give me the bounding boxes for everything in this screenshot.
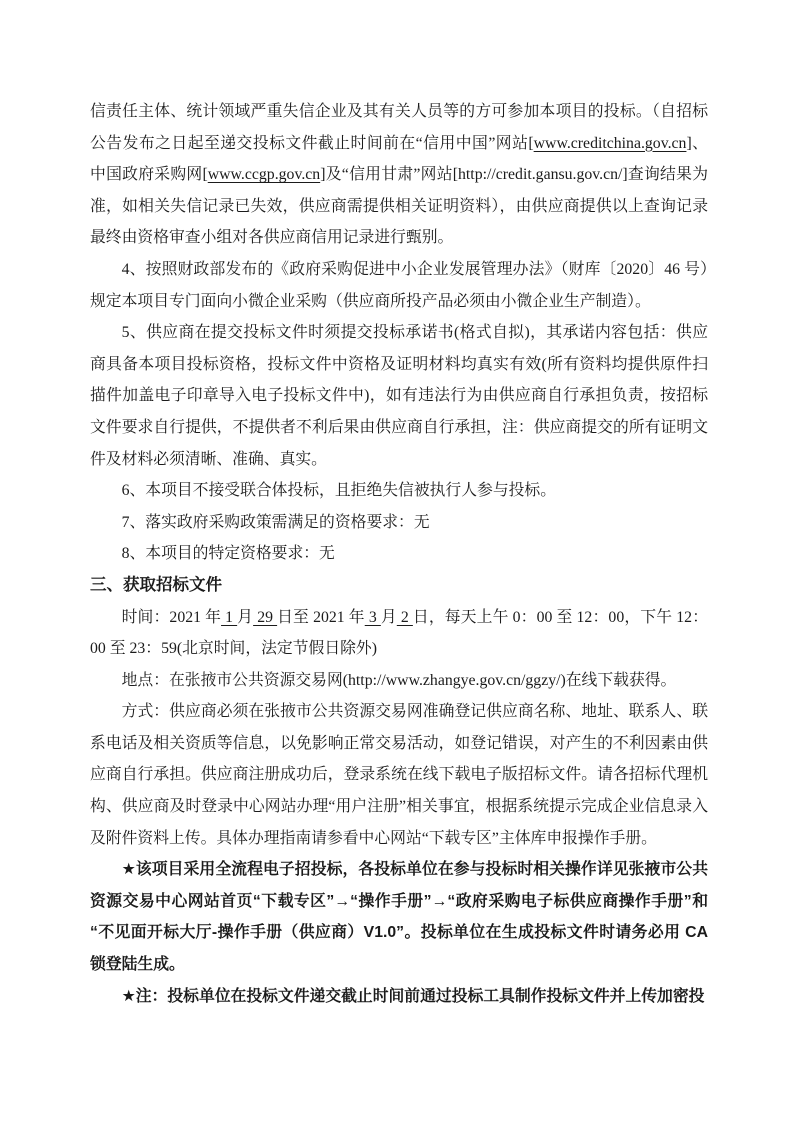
- url-creditchina: www.creditchina.gov.cn: [534, 135, 687, 152]
- para-star-note: ★注：投标单位在投标文件递交截止时间前通过投标工具制作投标文件并上传加密投: [90, 981, 708, 1013]
- section-heading-3-text-0: 三、获取招标文件: [90, 576, 222, 594]
- url-credit-gansu: http://credit.gansu.gov.cn/: [458, 166, 622, 183]
- para-credit-check-continuation-text-4: ]及“信用甘肃”网站[: [320, 166, 458, 183]
- para-location-text-2: )在线下载获得。: [561, 672, 677, 689]
- para-item-6-text-0: 6、本项目不接受联合体投标，且拒绝失信被执行人参与投标。: [122, 482, 556, 499]
- para-location: 地点：在张掖市公共资源交易网(http://www.zhangye.gov.cn…: [90, 665, 708, 697]
- para-location-text-0: 地点：在张掖市公共资源交易网(: [122, 672, 348, 689]
- para-star-e-bidding-text-0: ★该项目采用全流程电子招投标，各投标单位在参与投标时相关操作详见张掖市公共资源交…: [90, 861, 708, 973]
- para-method: 方式：供应商必须在张掖市公共资源交易网准确登记供应商名称、地址、联系人、联系电话…: [90, 696, 708, 854]
- para-item-4-text-0: 4、按照财政部发布的《政府采购促进中小企业发展管理办法》（财库〔2020〕46 …: [90, 261, 708, 310]
- para-item-7-text-0: 7、落实政府采购政策需满足的资格要求：无: [122, 514, 430, 531]
- para-item-4: 4、按照财政部发布的《政府采购促进中小企业发展管理办法》（财库〔2020〕46 …: [90, 254, 708, 317]
- para-method-text-0: 方式：供应商必须在张掖市公共资源交易网准确登记供应商名称、地址、联系人、联系电话…: [90, 703, 708, 846]
- document-content: 信责任主体、统计领域严重失信企业及其有关人员等的方可参加本项目的投标。（自招标公…: [90, 96, 708, 1012]
- document-page: 信责任主体、统计领域严重失信企业及其有关人员等的方可参加本项目的投标。（自招标公…: [0, 0, 793, 1122]
- para-time-text-0: 时间：2021 年: [122, 609, 221, 626]
- para-star-note-text-0: ★注：投标单位在投标文件递交截止时间前通过投标工具制作投标文件并上传加密投: [122, 988, 705, 1005]
- blank-day-end: 2: [397, 609, 413, 626]
- blank-month-start: 1: [221, 609, 237, 626]
- url-ccgp: www.ccgp.gov.cn: [208, 166, 320, 183]
- para-time-text-4: 日至 2021 年: [277, 609, 365, 626]
- para-time: 时间：2021 年 1 月 29 日至 2021 年 3 月 2 日，每天上午 …: [90, 602, 708, 665]
- para-star-e-bidding: ★该项目采用全流程电子招投标，各投标单位在参与投标时相关操作详见张掖市公共资源交…: [90, 854, 708, 980]
- para-item-5: 5、供应商在提交投标文件时须提交投标承诺书(格式自拟)，其承诺内容包括：供应商具…: [90, 317, 708, 475]
- section-heading-3: 三、获取招标文件: [90, 570, 708, 602]
- para-item-8: 8、本项目的特定资格要求：无: [90, 538, 708, 570]
- para-item-6: 6、本项目不接受联合体投标，且拒绝失信被执行人参与投标。: [90, 475, 708, 507]
- para-credit-check-continuation: 信责任主体、统计领域严重失信企业及其有关人员等的方可参加本项目的投标。（自招标公…: [90, 96, 708, 254]
- para-item-5-text-0: 5、供应商在提交投标文件时须提交投标承诺书(格式自拟)，其承诺内容包括：供应商具…: [90, 324, 708, 467]
- para-time-text-6: 月: [381, 609, 397, 626]
- para-item-8-text-0: 8、本项目的特定资格要求：无: [122, 545, 335, 562]
- blank-day-start: 29: [253, 609, 277, 626]
- para-item-7: 7、落实政府采购政策需满足的资格要求：无: [90, 507, 708, 539]
- blank-month-end: 3: [365, 609, 381, 626]
- url-zhangye-ggzy: http://www.zhangye.gov.cn/ggzy/: [348, 672, 560, 689]
- para-time-text-2: 月: [237, 609, 253, 626]
